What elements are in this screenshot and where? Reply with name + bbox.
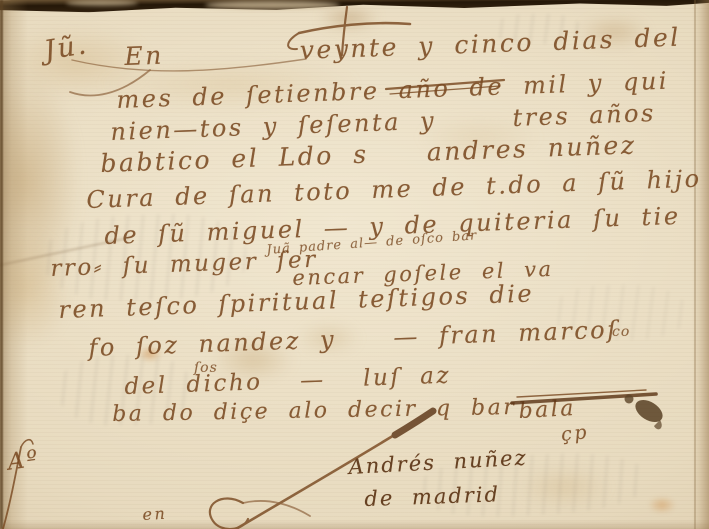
manuscript-page: Jũ.En veynte y cinco dias delmes de ſeti…	[0, 0, 709, 529]
signature-rubric-thick	[395, 411, 433, 435]
margin-bottom-flourish	[3, 447, 21, 529]
cross-mark-hook	[288, 33, 299, 49]
underline-cinco	[386, 80, 504, 89]
bala-overline	[512, 394, 656, 403]
ink-blot	[632, 395, 667, 426]
capital-swash-en	[70, 70, 150, 96]
ink-blot-small	[625, 395, 634, 404]
margin-bottom-flourish-hook	[21, 440, 33, 447]
cross-mark-vertical	[342, 7, 347, 55]
jun-tail	[72, 59, 306, 71]
bottom-swash-tail	[243, 501, 310, 516]
cross-mark-horizontal	[299, 23, 410, 33]
ink-flourishes	[0, 0, 709, 529]
